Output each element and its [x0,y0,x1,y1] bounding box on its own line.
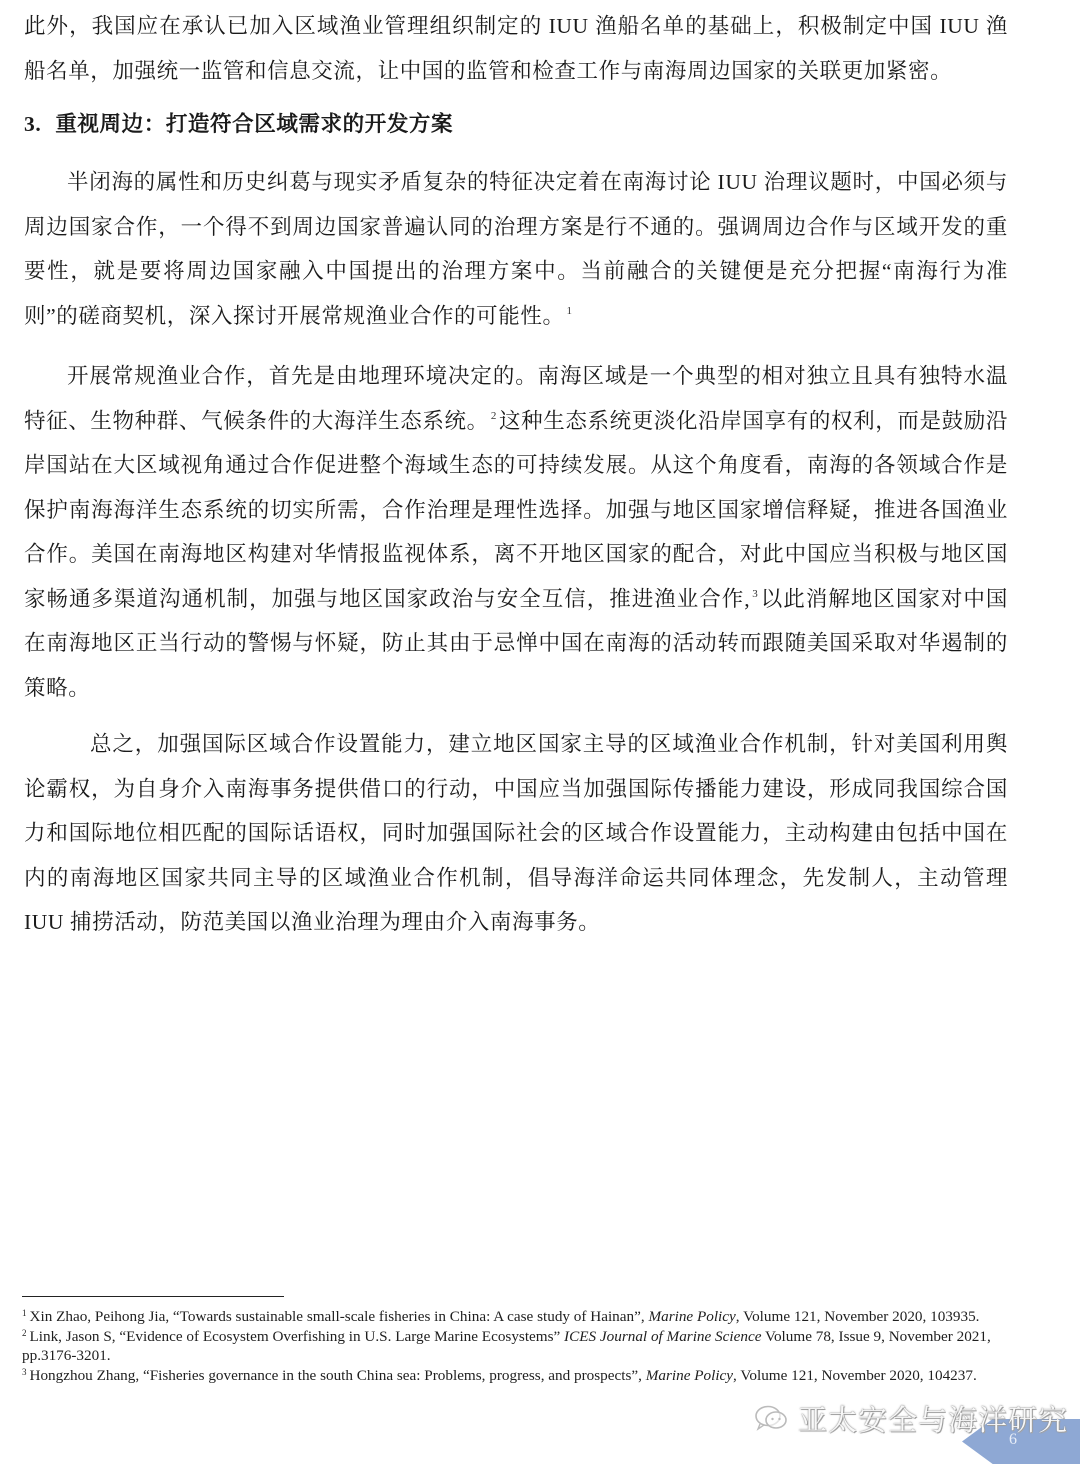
footnote-separator [22,1296,284,1297]
paragraph-2: 开展常规渔业合作，首先是由地理环境决定的。南海区域是一个典型的相对独立且具有独特… [24,354,1008,710]
footnote-number: 2 [22,1328,27,1338]
paragraph-3: 总之，加强国际区域合作设置能力，建立地区国家主导的区域渔业合作机制，针对美国利用… [24,722,1008,945]
section-number: 3. [24,112,41,136]
footnote-3: 3Hongzhou Zhang, “Fisheries governance i… [22,1366,1012,1386]
footnote-journal: Marine Policy [646,1367,733,1384]
paragraph-1-text: 半闭海的属性和历史纠葛与现实矛盾复杂的特征决定着在南海讨论 IUU 治理议题时，… [24,170,1008,328]
page-number: 6 [1003,1431,1023,1449]
section-title: 重视周边：打造符合区域需求的开发方案 [55,112,453,136]
footnote-number: 1 [22,1308,27,1318]
paragraph-1: 半闭海的属性和历史纠葛与现实矛盾复杂的特征决定着在南海讨论 IUU 治理议题时，… [24,160,1008,338]
paragraph-2-text-b: 这种生态系统更淡化沿岸国享有的权利，而是鼓励沿岸国站在大区域视角通过合作促进整个… [24,409,1008,611]
wechat-icon [754,1405,788,1431]
footnote-journal: Marine Policy [648,1308,735,1325]
footnote-1: 1Xin Zhao, Peihong Jia, “Towards sustain… [22,1307,1012,1327]
footnote-number: 3 [22,1367,27,1377]
footnote-text: Link, Jason S, “Evidence of Ecosystem Ov… [30,1328,565,1345]
footnote-ref-2[interactable]: 2 [491,410,497,422]
footnote-text: , Volume 121, November 2020, 103935. [736,1308,980,1325]
footnote-text: , Volume 121, November 2020, 104237. [733,1367,977,1384]
footnote-ref-1[interactable]: 1 [567,305,573,317]
footnotes: 1Xin Zhao, Peihong Jia, “Towards sustain… [22,1307,1012,1385]
footnote-journal: ICES Journal of Marine Science [564,1328,761,1345]
footnote-ref-3[interactable]: 3 [752,588,758,600]
footnote-text: Hongzhou Zhang, “Fisheries governance in… [30,1367,646,1384]
footnote-text: Xin Zhao, Peihong Jia, “Towards sustaina… [30,1308,649,1325]
document-page: 此外，我国应在承认已加入区域渔业管理组织制定的 IUU 渔船名单的基础上，积极制… [0,0,1080,1464]
intro-paragraph: 此外，我国应在承认已加入区域渔业管理组织制定的 IUU 渔船名单的基础上，积极制… [24,4,1008,93]
section-heading: 3.重视周边：打造符合区域需求的开发方案 [24,104,453,144]
footnote-2: 2Link, Jason S, “Evidence of Ecosystem O… [22,1327,1012,1366]
